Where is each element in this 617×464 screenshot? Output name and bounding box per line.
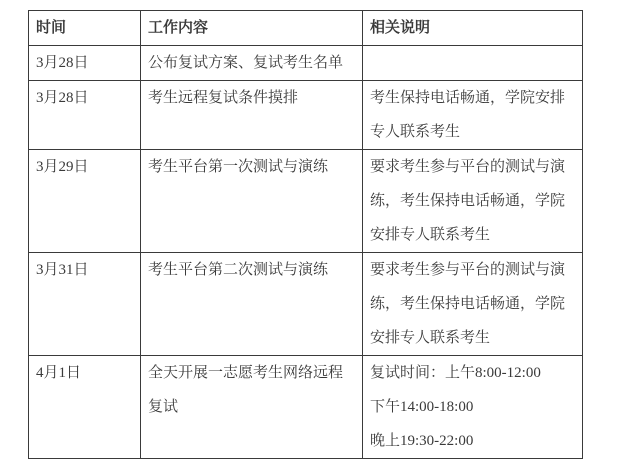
cell-time: 4月1日 [29, 356, 141, 459]
header-cell-note: 相关说明 [363, 11, 583, 46]
cell-time: 3月28日 [29, 81, 141, 150]
cell-content: 考生平台第一次测试与演练 [141, 150, 363, 253]
document-page: 时间 工作内容 相关说明 3月28日 公布复试方案、复试考生名单 3月28日 考… [0, 0, 617, 464]
header-cell-time: 时间 [29, 11, 141, 46]
cell-content: 考生远程复试条件摸排 [141, 81, 363, 150]
cell-note [363, 46, 583, 81]
cell-time: 3月31日 [29, 253, 141, 356]
cell-time: 3月28日 [29, 46, 141, 81]
cell-content: 公布复试方案、复试考生名单 [141, 46, 363, 81]
table-row: 4月1日 全天开展一志愿考生网络远程复试 复试时间：上午8:00-12:00 下… [29, 356, 583, 459]
table-header-row: 时间 工作内容 相关说明 [29, 11, 583, 46]
table-row: 3月28日 公布复试方案、复试考生名单 [29, 46, 583, 81]
header-cell-content: 工作内容 [141, 11, 363, 46]
cell-time: 3月29日 [29, 150, 141, 253]
cell-note: 要求考生参与平台的测试与演练，考生保持电话畅通，学院安排专人联系考生 [363, 253, 583, 356]
cell-content: 考生平台第二次测试与演练 [141, 253, 363, 356]
schedule-table: 时间 工作内容 相关说明 3月28日 公布复试方案、复试考生名单 3月28日 考… [28, 10, 583, 459]
cell-note: 复试时间：上午8:00-12:00 下午14:00-18:00 晚上19:30-… [363, 356, 583, 459]
cell-content: 全天开展一志愿考生网络远程复试 [141, 356, 363, 459]
cell-note: 考生保持电话畅通，学院安排专人联系考生 [363, 81, 583, 150]
cell-note: 要求考生参与平台的测试与演练，考生保持电话畅通，学院安排专人联系考生 [363, 150, 583, 253]
table-row: 3月28日 考生远程复试条件摸排 考生保持电话畅通，学院安排专人联系考生 [29, 81, 583, 150]
table-row: 3月29日 考生平台第一次测试与演练 要求考生参与平台的测试与演练，考生保持电话… [29, 150, 583, 253]
table-row: 3月31日 考生平台第二次测试与演练 要求考生参与平台的测试与演练，考生保持电话… [29, 253, 583, 356]
